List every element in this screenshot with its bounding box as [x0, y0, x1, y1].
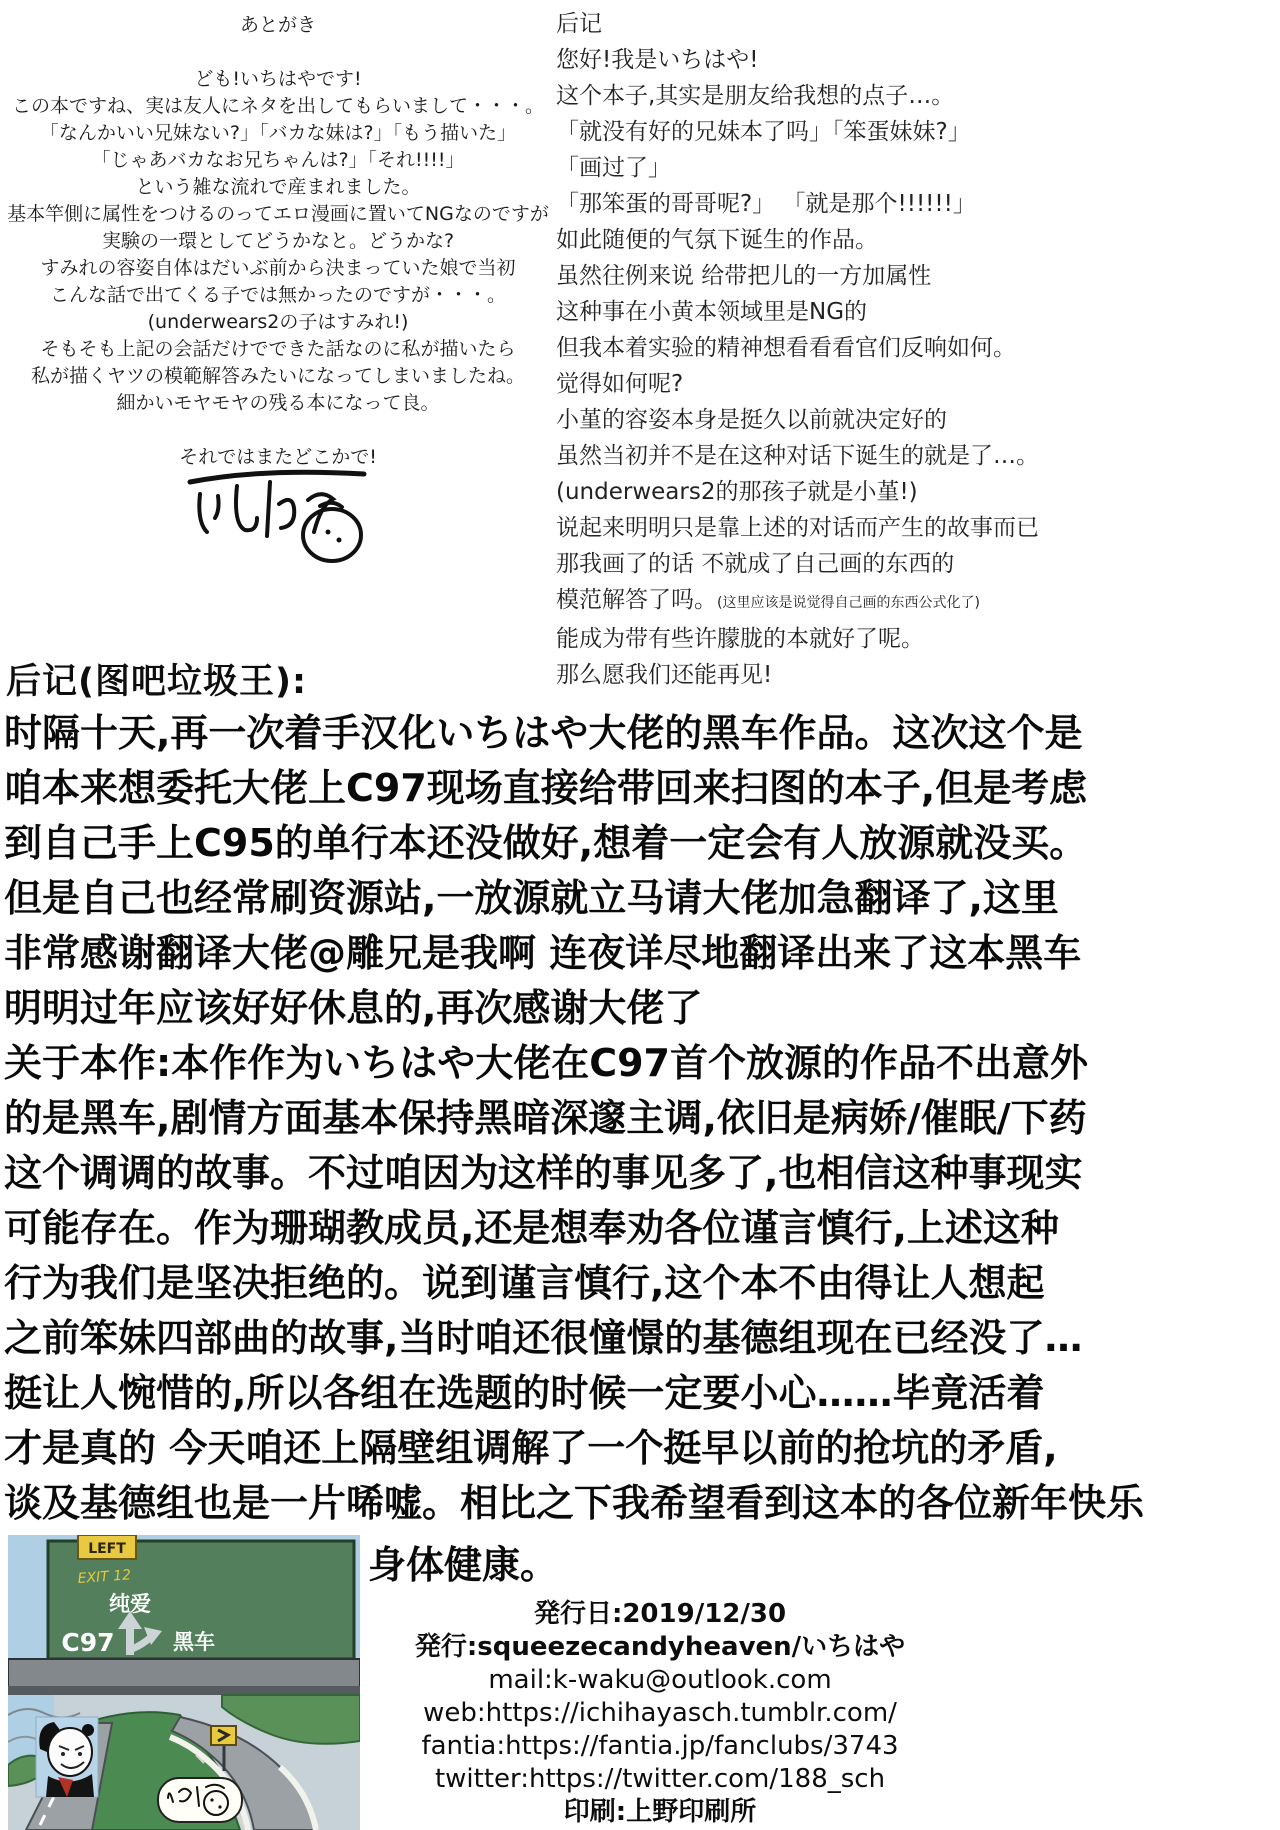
jp-line: ども!いちはやです!: [0, 66, 556, 93]
colophon-mail: mail:k-waku@outlook.com: [310, 1664, 1010, 1697]
jp-afterword-column: あとがき ども!いちはやです! この本ですね、実は友人にネタを出してもらいまして…: [0, 12, 556, 471]
tn-line: 之前笨妹四部曲的故事,当时咱还很憧憬的基德组现在已经没了…: [4, 1311, 1144, 1366]
jp-line: 「じゃあバカなお兄ちゃんは?」「それ!!!!」: [0, 147, 556, 174]
tn-line: 行为我们是坚决拒绝的。说到谨言慎行,这个本不由得让人想起: [4, 1256, 1144, 1311]
cn-line: 小堇的容姿本身是挺久以前就决定好的: [556, 402, 1100, 438]
cn-line: 虽然往例来说 给带把儿的一方加属性: [556, 258, 1100, 294]
tn-line: 时隔十天,再一次着手汉化いちはや大佬的黑车作品。这次这个是: [4, 706, 1144, 761]
cn-line: 「就没有好的兄妹本了吗」「笨蛋妹妹?」: [556, 114, 1100, 150]
colophon-web: web:https://ichihayasch.tumblr.com/: [310, 1697, 1010, 1730]
jp-line: という雑な流れで産まれました。: [0, 174, 556, 201]
left-tab-label: LEFT: [88, 1541, 126, 1557]
tn-line: 到自己手上C95的单行本还没做好,想着一定会有人放源就没买。: [4, 816, 1144, 871]
jp-line: すみれの容姿自体はだいぶ前から決まっていた娘で当初: [0, 255, 556, 282]
jp-line: こんな話で出てくる子では無かったのですが・・・。: [0, 282, 556, 309]
cn-line: 说起来明明只是靠上述的对话而产生的故事而已: [556, 510, 1100, 546]
overpass: [8, 1659, 360, 1689]
jp-line: 「なんかいい兄妹ない?」「バカな妹は?」「もう描いた」: [0, 120, 556, 147]
cn-line: 但我本着实验的精神想看看看官们反响如何。: [556, 330, 1100, 366]
cn-line: (underwears2的那孩子就是小堇!): [556, 474, 1100, 510]
translator-note-heading: 后记(图吧垃圾王):: [6, 654, 307, 704]
right-label: 黑车: [173, 1630, 215, 1654]
cn-line: 「那笨蛋的哥哥呢?」 「就是那个!!!!!!」: [556, 186, 1100, 222]
exit-meme-illustration: LEFT EXIT 12 纯爱 C97 黑车: [8, 1535, 360, 1830]
jp-line: この本ですね、実は友人にネタを出してもらいまして・・・。: [0, 93, 556, 120]
tn-line: 非常感谢翻译大佬@雕兄是我啊 连夜详尽地翻译出来了这本黑车: [4, 926, 1144, 981]
tn-line: 谈及基德组也是一片唏嘘。相比之下我希望看到这本的各位新年快乐: [4, 1476, 1144, 1531]
tn-line: 挺让人惋惜的,所以各组在选题的时候一定要小心……毕竟活着: [4, 1366, 1144, 1421]
tn-line: 关于本作:本作作为いちはや大佬在C97首个放源的作品不出意外: [4, 1036, 1144, 1091]
road-scene: [8, 1695, 360, 1830]
tn-line: 可能存在。作为珊瑚教成员,还是想奉劝各位谨言慎行,上述这种: [4, 1201, 1144, 1256]
cn-afterword-title: 后记: [556, 6, 1100, 42]
ichihaya-signature: [182, 442, 372, 567]
bubble-signature: [158, 1778, 242, 1822]
colophon-fantia: fantia:https://fantia.jp/fanclubs/3743: [310, 1730, 1010, 1763]
cn-line: 您好!我是いちはや!: [556, 42, 1100, 78]
tn-line: 这个调调的故事。不过咱因为这样的事见多了,也相信这种事现实: [4, 1146, 1144, 1201]
jp-afterword-title: あとがき: [0, 12, 556, 39]
cn-line-note: (这里应该是说觉得自己画的东西公式化了): [717, 595, 980, 611]
left-label: C97: [61, 1628, 114, 1657]
tn-line: 的是黑车,剧情方面基本保持黑暗深邃主调,依旧是病娇/催眠/下药: [4, 1091, 1144, 1146]
colophon-issue-date: 発行日:2019/12/30: [310, 1598, 1010, 1631]
cn-line: 那么愿我们还能再见!: [556, 657, 1100, 693]
colophon: 発行日:2019/12/30 発行:squeezecandyheaven/いちは…: [310, 1598, 1010, 1829]
tn-line: 咱本来想委托大佬上C97现场直接给带回来扫图的本子,但是考虑: [4, 761, 1144, 816]
colophon-twitter: twitter:https://twitter.com/188_sch: [310, 1763, 1010, 1796]
jp-line: 実験の一環としてどうかなと。どうかな?: [0, 228, 556, 255]
tn-last-line: 身体健康。: [368, 1534, 558, 1589]
afterword-page: あとがき ども!いちはやです! この本ですね、実は友人にネタを出してもらいまして…: [0, 0, 1280, 1830]
panda-meme-face: [36, 1717, 98, 1797]
cn-line: 觉得如何呢?: [556, 366, 1100, 402]
jp-line: そもそも上記の会話だけでできた話なのに私が描いたら: [0, 336, 556, 363]
translator-note-body: 时隔十天,再一次着手汉化いちはや大佬的黑车作品。这次这个是 咱本来想委托大佬上C…: [4, 706, 1144, 1531]
cn-line: 虽然当初并不是在这种对话下诞生的就是了…。: [556, 438, 1100, 474]
cn-line-with-note: 模范解答了吗。(这里应该是说觉得自己画的东西公式化了): [556, 582, 1100, 621]
cn-line: 这个本子,其实是朋友给我想的点子…。: [556, 78, 1100, 114]
tn-line: 明明过年应该好好休息的,再次感谢大佬了: [4, 981, 1144, 1036]
colophon-printer: 印刷:上野印刷所: [310, 1796, 1010, 1829]
jp-line: 細かいモヤモヤの残る本になって良。: [0, 390, 556, 417]
colophon-publisher: 発行:squeezecandyheaven/いちはや: [310, 1631, 1010, 1664]
cn-line-main: 模范解答了吗。: [556, 587, 717, 613]
tn-line: 但是自己也经常刷资源站,一放源就立马请大佬加急翻译了,这里: [4, 871, 1144, 926]
tn-line: 才是真的 今天咱还上隔壁组调解了一个挺早以前的抢坑的矛盾,: [4, 1421, 1144, 1476]
jp-line: (underwears2の子はすみれ!): [0, 309, 556, 336]
cn-line: 这种事在小黄本领域里是NG的: [556, 294, 1100, 330]
cn-afterword-column: 后记 您好!我是いちはや! 这个本子,其实是朋友给我想的点子…。 「就没有好的兄…: [556, 6, 1100, 693]
jp-line: 私が描くヤツの模範解答みたいになってしまいましたね。: [0, 363, 556, 390]
cn-line: 如此随便的气氛下诞生的作品。: [556, 222, 1100, 258]
cn-line: 那我画了的话 不就成了自己画的东西的: [556, 546, 1100, 582]
jp-line: 基本竿側に属性をつけるのってエロ漫画に置いてNGなのですが: [0, 201, 556, 228]
cn-line: 「画过了」: [556, 150, 1100, 186]
cn-line: 能成为带有些许朦胧的本就好了呢。: [556, 621, 1100, 657]
highway-sign: LEFT EXIT 12 纯爱 C97 黑车: [48, 1535, 354, 1659]
